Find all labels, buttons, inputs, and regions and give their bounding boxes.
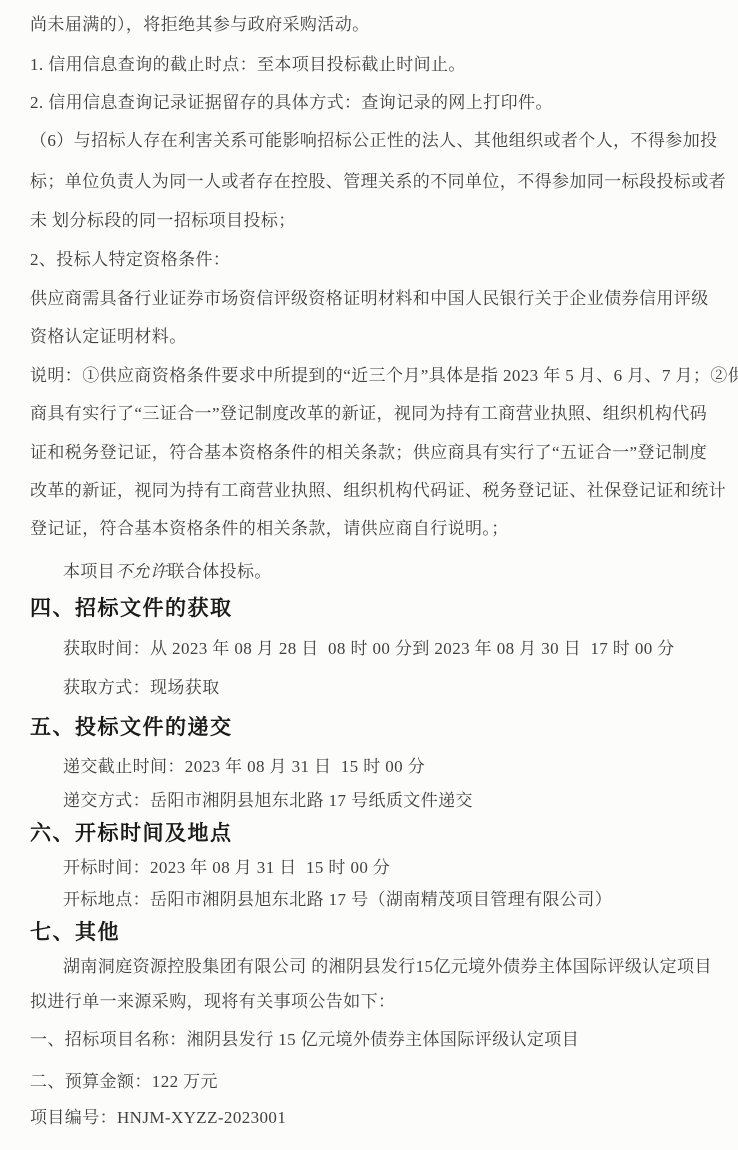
doc-line-company-project-intro-2: 拟进行单一来源采购，现将有关事项公告如下： — [30, 992, 395, 1012]
doc-line-company-project-intro-1: 湖南洞庭资源控股集团有限公司 的湘阴县发行15亿元境外债券主体国际评级认定项目 — [63, 957, 712, 977]
heading-section-five-bid-submission: 五、投标文件的递交 — [30, 716, 233, 740]
doc-line-specific-qualification-title: 2、投标人特定资格条件： — [30, 250, 230, 270]
doc-line-note-4: 改革的新证，视同为持有工商营业执照、组织机构代码证、税务登记证、社保登记证和统计 — [30, 481, 726, 501]
joint-bid-prefix: 本项目 — [63, 562, 115, 581]
project-name-line: 一、招标项目名称：湘阴县发行 15 亿元境外债券主体国际评级认定项目 — [30, 1030, 579, 1050]
doc-line-note-3: 证和税务登记证，符合基本资格条件的相关条款；供应商具有实行了“五证合一”登记制度 — [30, 443, 707, 463]
joint-bid-statement: 本项目不允许联合体投标。 — [63, 562, 272, 582]
joint-bid-suffix: 联合体投标。 — [167, 562, 271, 581]
project-number-line: 项目编号：HNJM-XYZZ-2023001 — [30, 1108, 286, 1128]
doc-line-note-2: 商具有实行了“三证合一”登记制度改革的新证，视同为持有工商营业执照、组织机构代码 — [30, 404, 707, 424]
doc-line-conflict-of-interest-3: 未 划分标段的同一招标项目投标； — [30, 211, 296, 231]
doc-line-note-1: 说明：①供应商资格条件要求中所提到的“近三个月”具体是指 2023 年 5 月、… — [30, 366, 738, 386]
doc-line-conflict-of-interest-1: （6）与招标人存在利害关系可能影响招标公正性的法人、其他组织或者个人，不得参加投 — [30, 131, 718, 151]
joint-bid-emphasis: 不允许 — [115, 562, 167, 581]
doc-line-qualification-requirement-2: 资格认定证明材料。 — [30, 327, 187, 347]
scanned-document-page: 尚未届满的），将拒绝其参与政府采购活动。 1. 信用信息查询的截止时点：至本项目… — [0, 0, 738, 1150]
obtain-time-line: 获取时间：从 2023 年 08 月 28 日 08 时 00 分到 2023 … — [63, 639, 675, 659]
doc-line-credit-query-deadline: 1. 信用信息查询的截止时点：至本项目投标截止时间止。 — [30, 55, 466, 75]
budget-amount-line: 二、预算金额：122 万元 — [30, 1072, 218, 1092]
opening-time-line: 开标时间：2023 年 08 月 31 日 15 时 00 分 — [63, 858, 390, 878]
heading-section-six-bid-opening: 六、开标时间及地点 — [30, 822, 233, 846]
doc-line-credit-record-method: 2. 信用信息查询记录证据留存的具体方式：查询记录的网上打印件。 — [30, 93, 553, 113]
submission-deadline-line: 递交截止时间：2023 年 08 月 31 日 15 时 00 分 — [63, 757, 425, 777]
doc-line-conflict-of-interest-2: 标；单位负责人为同一人或者存在控股、管理关系的不同单位，不得参加同一标段投标或者 — [30, 172, 726, 192]
doc-line-procurement-refusal: 尚未届满的），将拒绝其参与政府采购活动。 — [30, 15, 370, 35]
doc-line-note-5: 登记证，符合基本资格条件的相关条款，请供应商自行说明。； — [30, 519, 509, 539]
opening-location-line: 开标地点：岳阳市湘阴县旭东北路 17 号（湖南精茂项目管理有限公司） — [63, 890, 612, 910]
heading-section-seven-other: 七、其他 — [30, 921, 120, 945]
obtain-method-line: 获取方式：现场获取 — [63, 678, 220, 698]
submission-method-line: 递交方式：岳阳市湘阴县旭东北路 17 号纸质文件递交 — [63, 791, 473, 811]
heading-section-four-doc-acquisition: 四、招标文件的获取 — [30, 597, 233, 621]
doc-line-qualification-requirement-1: 供应商需具备行业证券市场资信评级资格证明材料和中国人民银行关于企业债券信用评级 — [30, 289, 709, 309]
